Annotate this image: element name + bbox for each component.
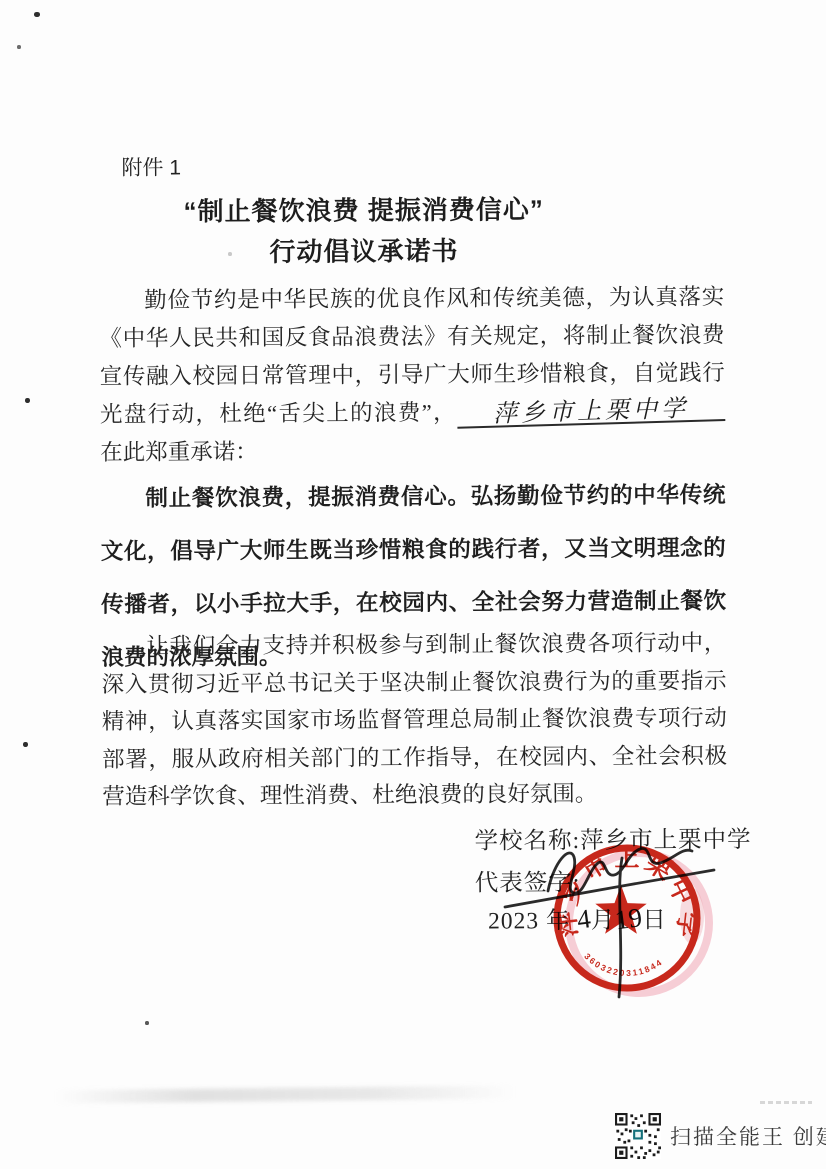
qr-code bbox=[615, 1113, 661, 1159]
scanner-watermark: 扫描全能王 创建 bbox=[615, 1113, 826, 1159]
scanner-credit-text: 扫描全能王 创建 bbox=[670, 1121, 826, 1151]
scan-speck bbox=[25, 398, 30, 403]
attachment-label: 附件 1 bbox=[121, 151, 181, 181]
paragraph-action: 让我们全力支持并积极参与到制止餐饮浪费各项行动中，深入贯彻习近平总书记关于坚决制… bbox=[101, 624, 727, 815]
document-title-line1: “制止餐饮浪费 提振消费信心” bbox=[99, 189, 629, 229]
paragraph-intro: 勤俭节约是中华民族的优良作风和传统美德，为认真落实《中华人民共和国反食品浪费法》… bbox=[99, 278, 725, 472]
scanned-document-page: 附件 1 “制止餐饮浪费 提振消费信心” 行动倡议承诺书 勤俭节约是中华民族的优… bbox=[0, 0, 826, 1169]
paragraph-intro-tail: 在此郑重承诺： bbox=[100, 439, 258, 465]
handwritten-signature bbox=[470, 833, 730, 1018]
school-name-handwritten: 萍乡市上栗中学 bbox=[493, 396, 690, 428]
scan-speck bbox=[17, 45, 21, 49]
scan-speck bbox=[34, 12, 40, 17]
scan-speck bbox=[145, 1021, 149, 1025]
scan-smudge bbox=[760, 1101, 812, 1104]
scan-speck bbox=[23, 742, 28, 747]
scan-speck bbox=[228, 252, 232, 256]
fill-in-blank-underline: 萍乡市上栗中学 bbox=[457, 389, 726, 429]
document-title-line2: 行动倡议承诺书 bbox=[99, 230, 629, 270]
signature-tail-stroke bbox=[619, 858, 622, 997]
